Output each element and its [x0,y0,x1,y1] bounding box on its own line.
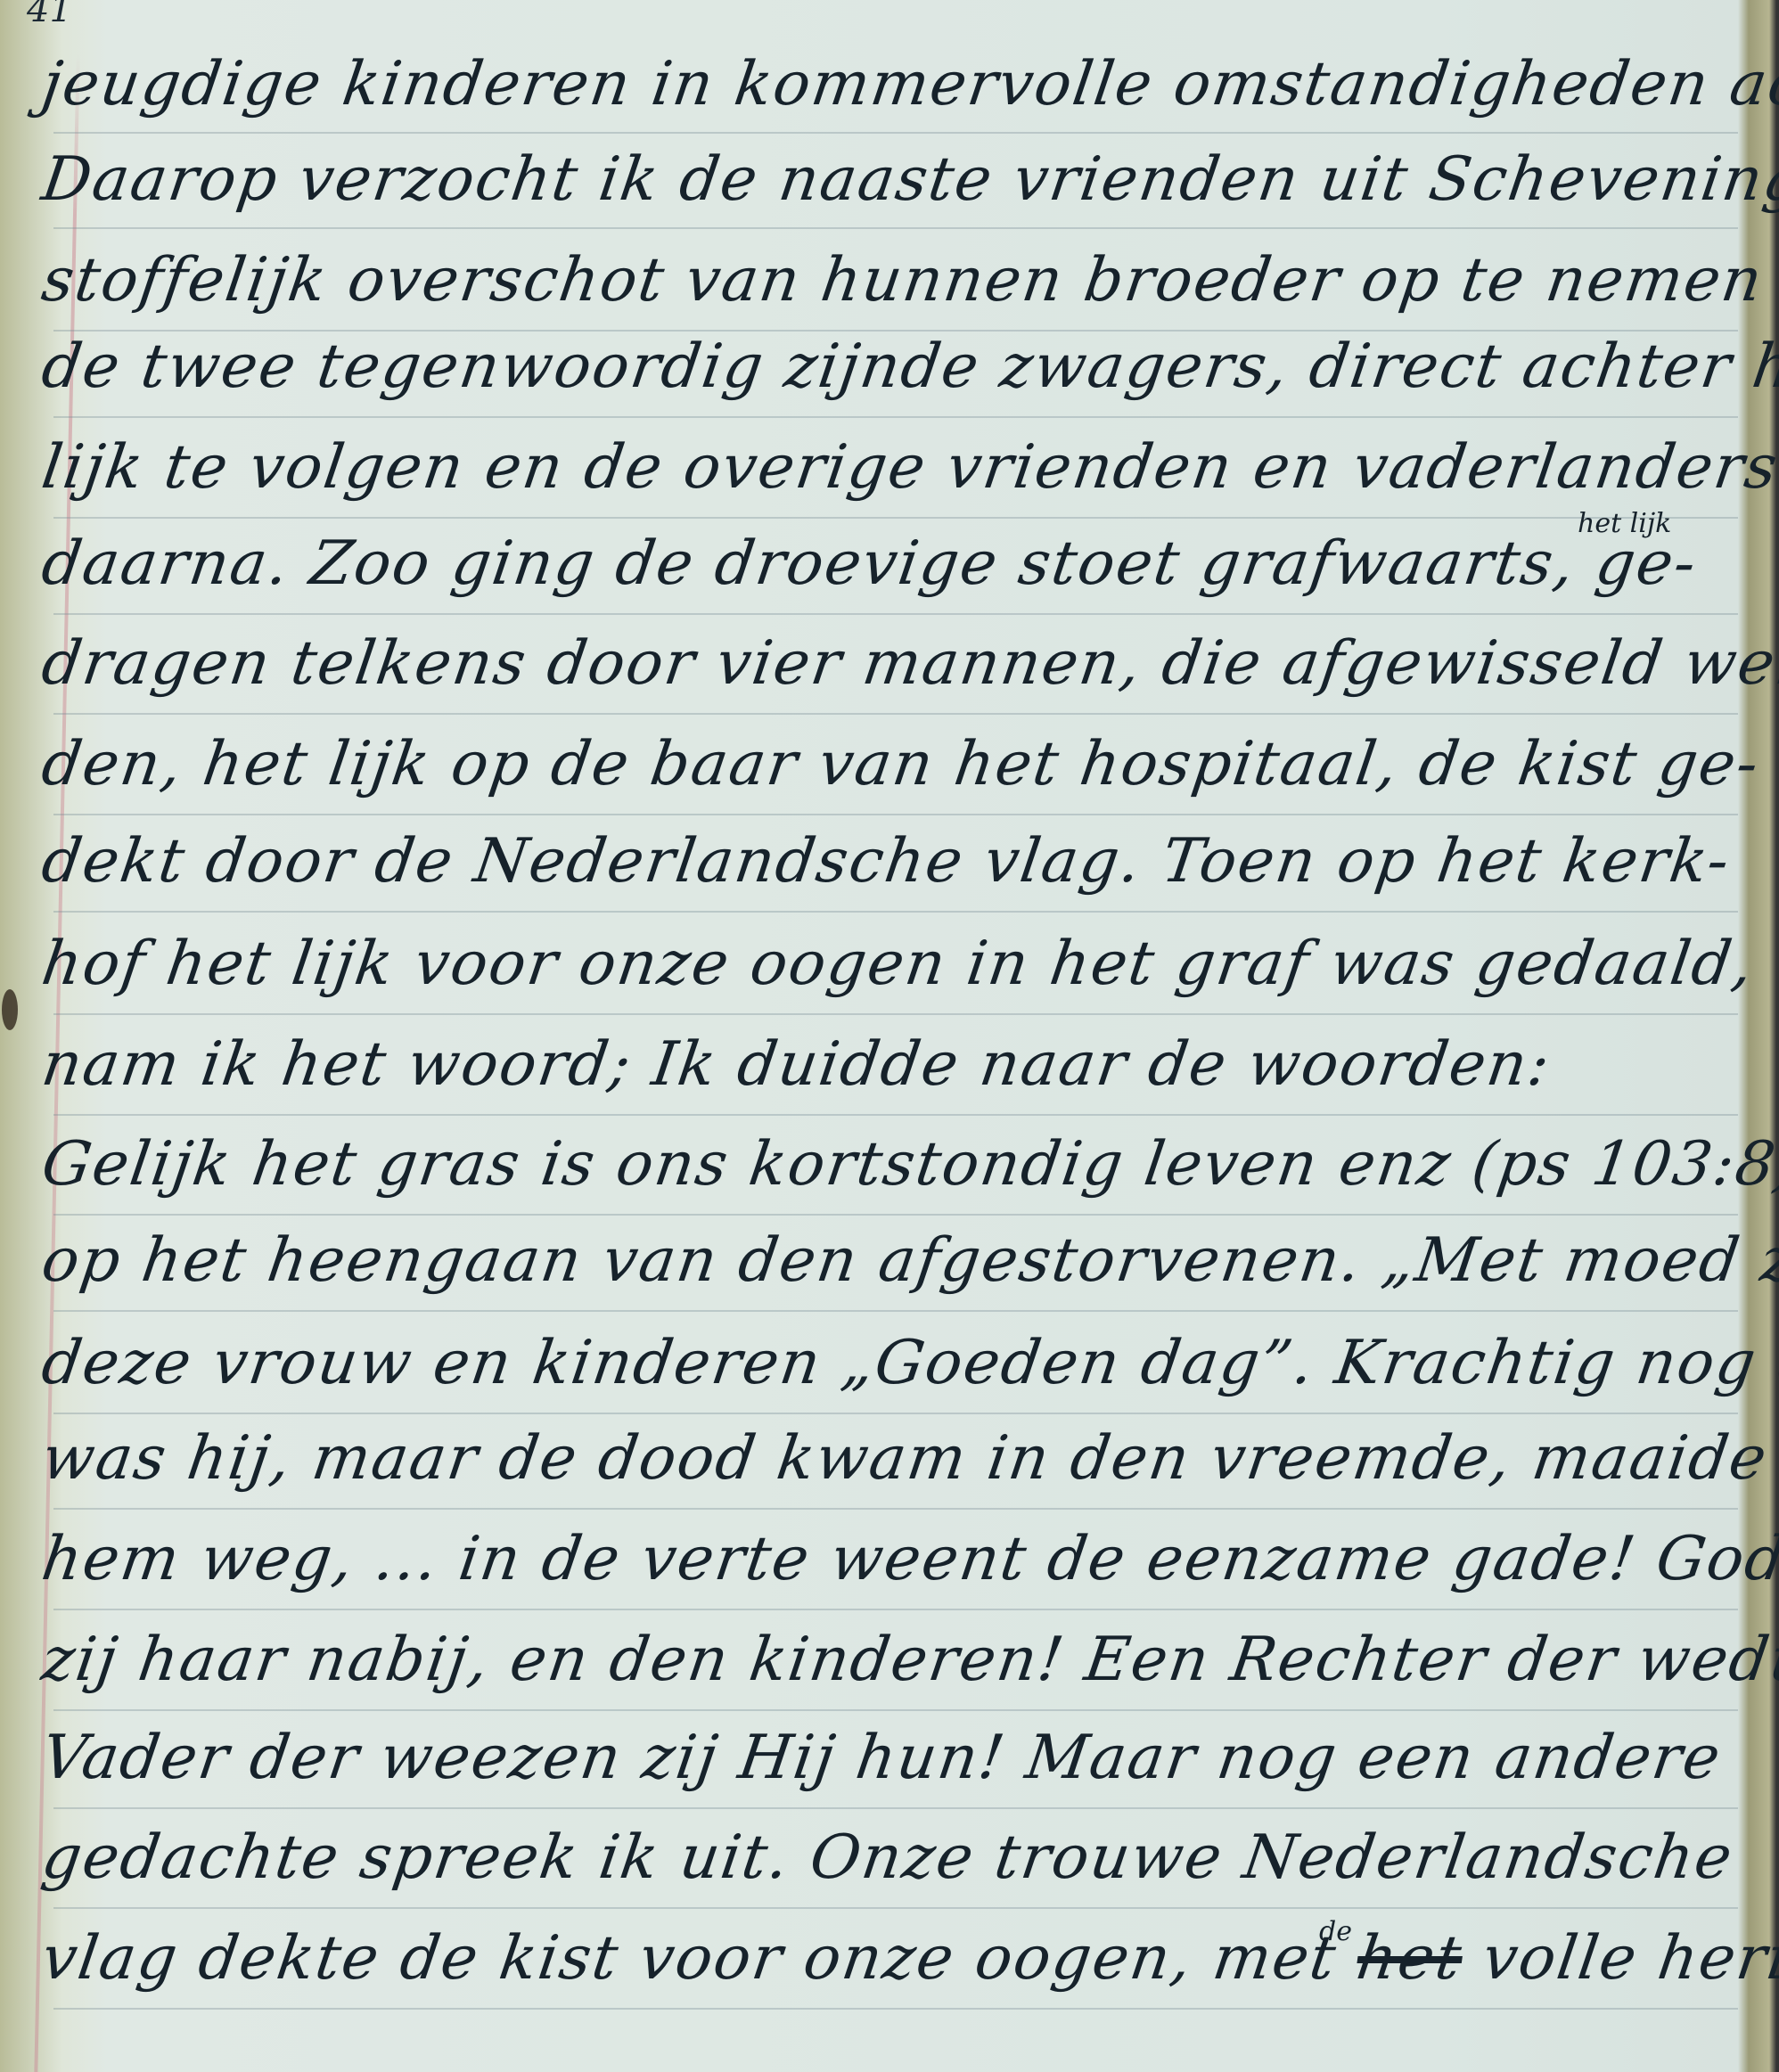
text-line: dragen telkens door vier mannen, die afg… [36,615,1742,713]
interlinear-insertion: de [1319,1916,1352,1947]
ruled-line [53,1508,1738,1510]
text-segment: volle herinne- [1479,1923,1779,1994]
text-line: zij haar nabij, en den kinderen! Een Rec… [36,1611,1742,1709]
text-line: de twee tegenwoordig zijnde zwagers, dir… [36,318,1742,416]
text-line: den, het lijk op de baar van het hospita… [36,716,1742,814]
text-line: hof het lijk voor onze oogen in het graf… [36,915,1742,1013]
ruled-line [53,416,1738,418]
ruled-line [53,1013,1738,1015]
text-line: was hij, maar de dood kwam in den vreemd… [36,1410,1742,1508]
text-line: nam ik het woord; Ik duidde naar de woor… [36,1016,1742,1114]
struck-word: het [1353,1923,1467,1994]
text-line: Vader der weezen zij Hij hun! Maar nog e… [36,1709,1742,1807]
text-line: daarna. Zoo ging de droevige stoet grafw… [36,515,1742,613]
text-line: deze vrouw en kinderen „Goeden dag”. Kra… [36,1314,1742,1413]
page-number: 41 [27,0,72,30]
ruled-line [53,713,1738,715]
ruled-line [53,1907,1738,1909]
ruled-line [53,1609,1738,1610]
ruled-line [53,911,1738,913]
text-line: dekt door de Nederlandsche vlag. Toen op… [36,813,1742,911]
text-line: vlag dekte de kist voor onze oogen, met … [36,1910,1742,2008]
journal-page: 41 jeugdige kinderen in kommervolle omst… [0,0,1779,2072]
ruled-line [53,2008,1738,2010]
text-line: jeugdige kinderen in kommervolle omstand… [36,36,1742,134]
text-line: stoffelijk overschot van hunnen broeder … [36,232,1742,330]
text-line: lijk te volgen en de overige vrienden en… [36,419,1742,517]
text-line: hem weg, ... in de verte weent de eenzam… [36,1511,1742,1609]
text-line: op het heengaan van den afgestorvenen. „… [36,1212,1742,1310]
text-line: gedachte spreek ik uit. Onze trouwe Nede… [36,1809,1742,1907]
text-line: Gelijk het gras is ons kortstondig leven… [36,1116,1742,1214]
text-segment: vlag dekte de kist voor onze oogen, met [37,1923,1341,1994]
interlinear-insertion: het lijk [1578,508,1671,539]
ruled-line [53,1310,1738,1312]
text-line: Daarop verzocht ik de naaste vrienden ui… [36,131,1742,229]
ink-blot [2,989,18,1030]
